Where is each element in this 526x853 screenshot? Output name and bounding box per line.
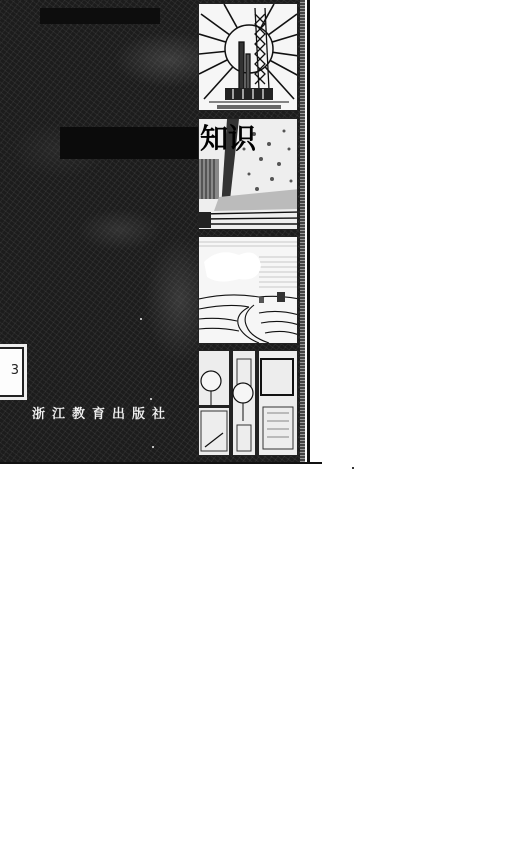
illustration-classroom	[198, 350, 298, 456]
series-title	[40, 8, 160, 24]
landscape-road-icon	[199, 237, 298, 344]
book-title: 知识	[200, 122, 256, 156]
scan-speck	[352, 467, 354, 469]
speck	[152, 446, 154, 448]
publisher-name: 浙江教育出版社	[32, 403, 172, 422]
spine-border	[307, 0, 310, 463]
title-obscured	[60, 127, 200, 159]
speck	[150, 398, 152, 400]
sunburst-tower-icon	[199, 4, 298, 111]
illustration-landscape	[198, 236, 298, 344]
cover-bottom-edge	[0, 462, 322, 464]
classroom-scene-icon	[199, 351, 298, 456]
call-number-label: 3	[0, 347, 24, 397]
spine-edge	[300, 0, 305, 463]
speck	[140, 318, 142, 320]
illustration-industry	[198, 3, 298, 111]
book-cover: 知识 3 浙江教育出版社	[0, 0, 305, 463]
